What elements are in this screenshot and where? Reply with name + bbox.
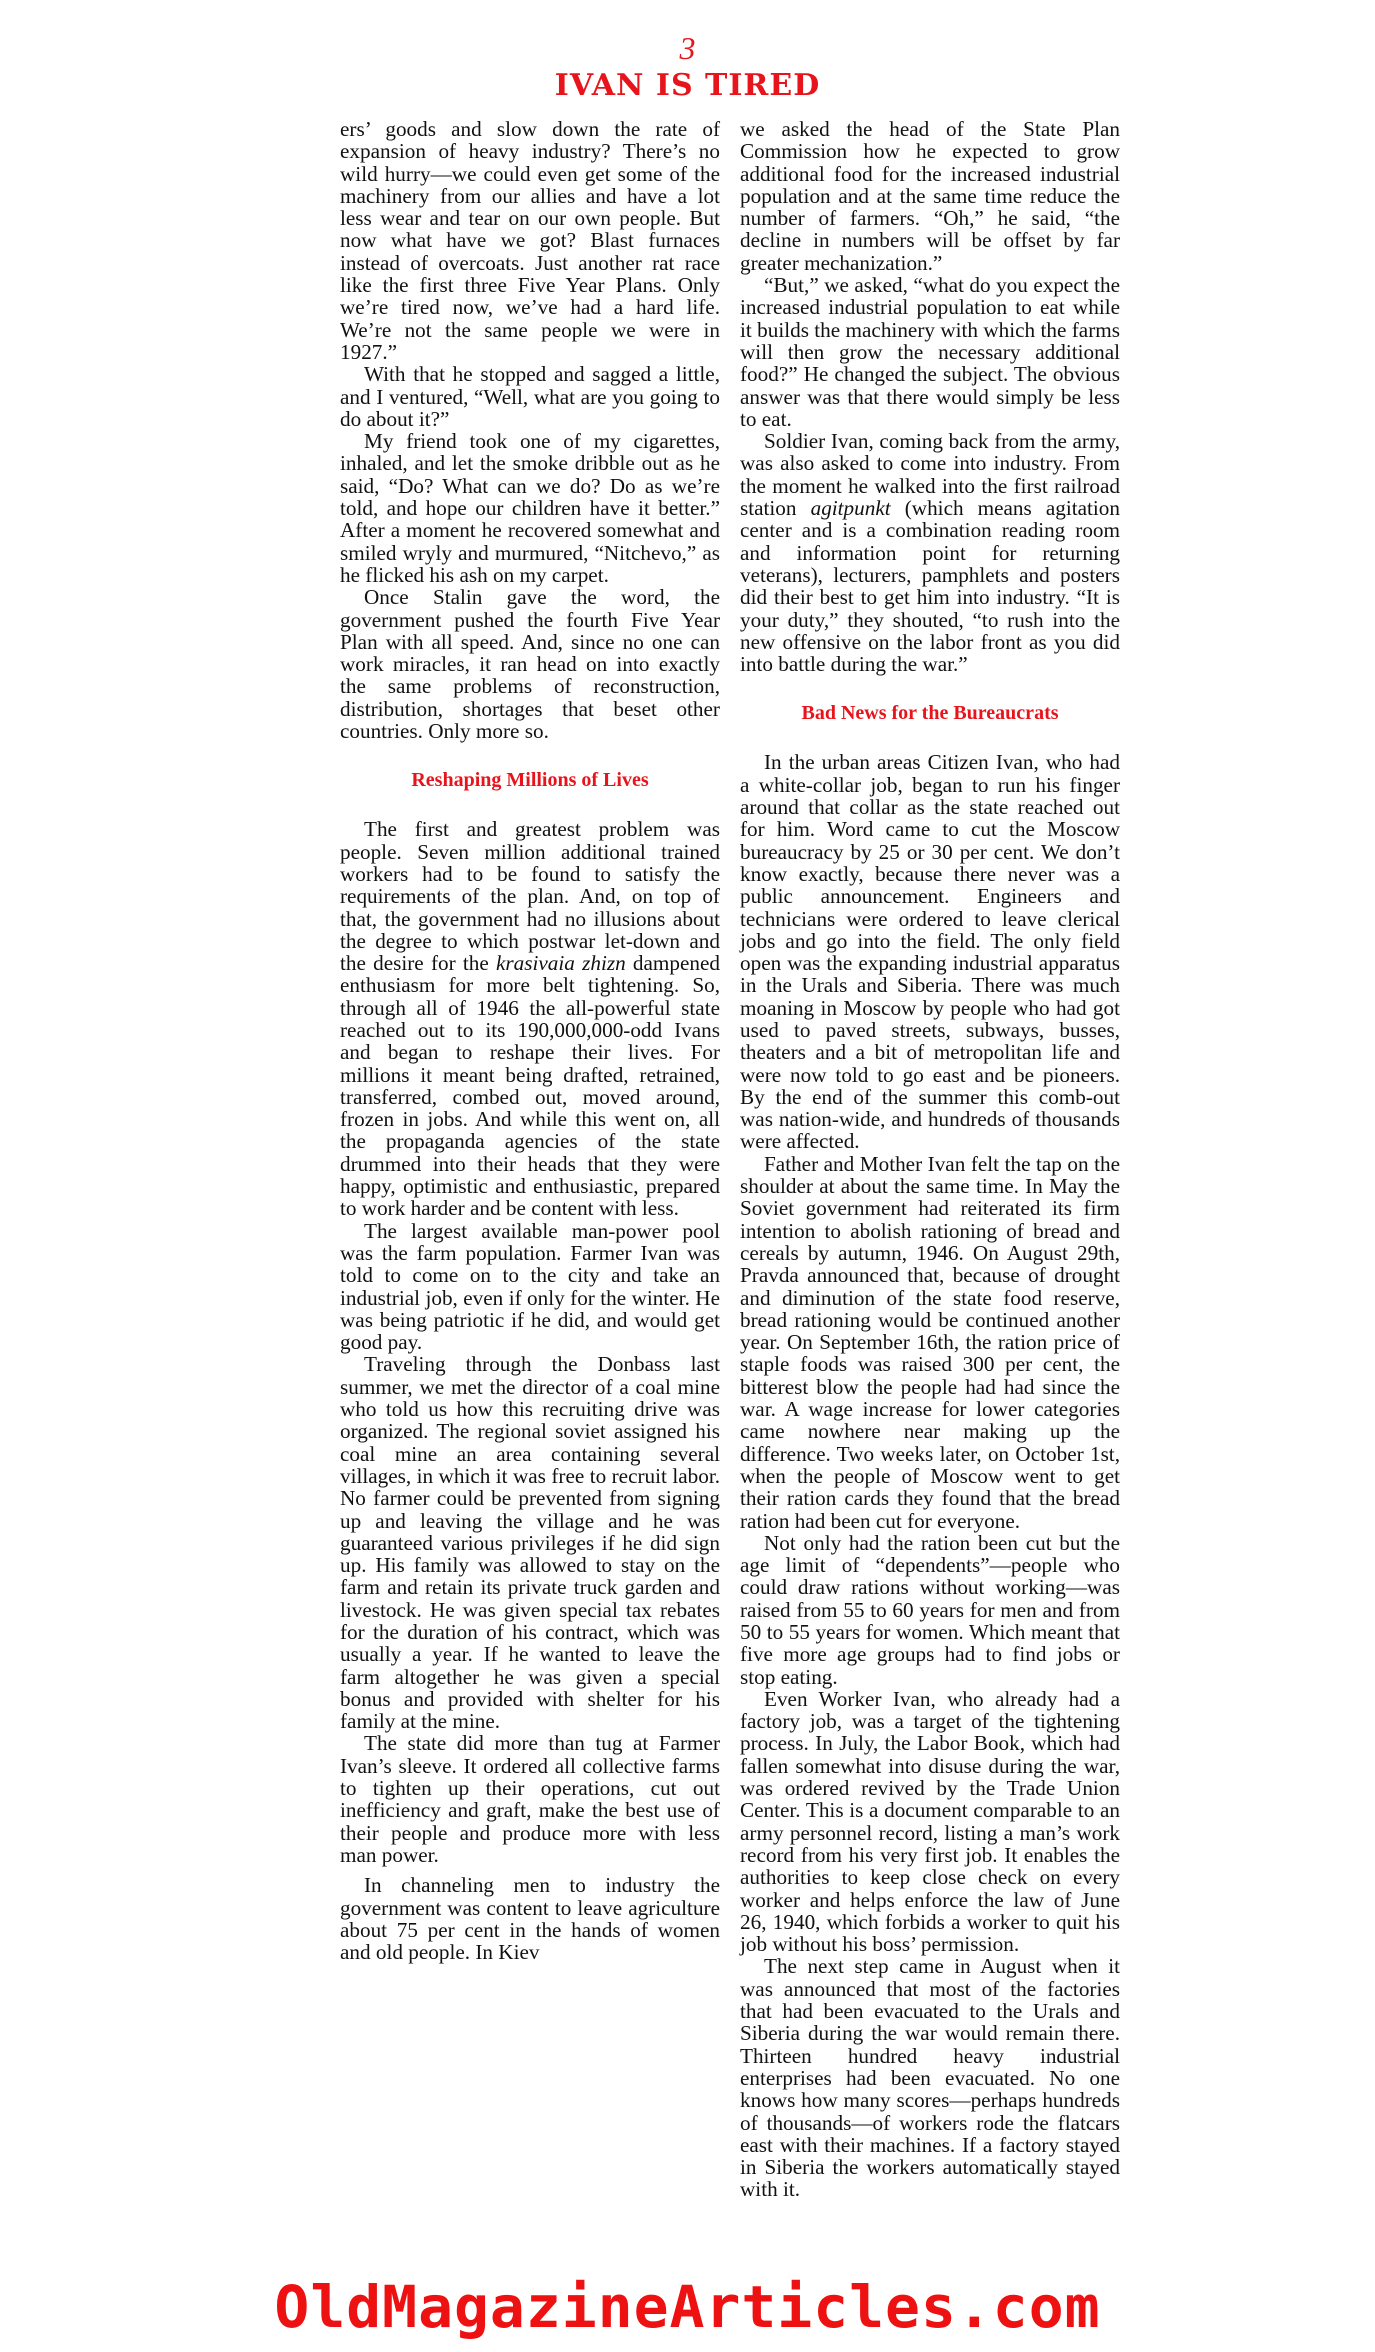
paragraph: My friend took one of my cigarettes, inh… [340, 430, 720, 586]
paragraph: With that he stopped and sagged a little… [340, 363, 720, 430]
paragraph: The state did more than tug at Farmer Iv… [340, 1732, 720, 1866]
paragraph: Father and Mother Ivan felt the tap on t… [740, 1153, 1120, 1532]
paragraph: we asked the head of the State Plan Comm… [740, 118, 1120, 274]
paragraph: The first and greatest problem was peopl… [340, 818, 720, 1219]
paragraph: In channeling men to industry the govern… [340, 1874, 720, 1963]
site-watermark: OldMagazineArticles.com [0, 2272, 1375, 2342]
subheading-reshaping-millions: Reshaping Millions of Lives [340, 768, 720, 792]
paragraph: In the urban areas Citizen Ivan, who had… [740, 751, 1120, 1152]
subheading-bad-news: Bad News for the Bureaucrats [740, 701, 1120, 725]
paragraph: ers’ goods and slow down the rate of exp… [340, 118, 720, 363]
paragraph: Soldier Ivan, coming back from the army,… [740, 430, 1120, 675]
page-number: 3 [0, 30, 1375, 66]
paragraph: Not only had the ration been cut but the… [740, 1532, 1120, 1688]
spacer [340, 742, 720, 768]
italic-term: agitpunkt [811, 496, 891, 520]
spacer [740, 675, 1120, 701]
paragraph: Traveling through the Donbass last summe… [340, 1353, 720, 1732]
spacer [740, 725, 1120, 751]
article-title: IVAN IS TIRED [0, 68, 1375, 104]
paragraph: “But,” we asked, “what do you expect the… [740, 274, 1120, 430]
right-column: we asked the head of the State Plan Comm… [740, 118, 1120, 2201]
paragraph: Even Worker Ivan, who already had a fact… [740, 1688, 1120, 1956]
text-run: (which means agitation center and is a c… [740, 496, 1120, 676]
paragraph: Once Stalin gave the word, the governmen… [340, 586, 720, 742]
text-run: dampened enthusiasm for more belt tighte… [340, 951, 720, 1220]
paragraph: The next step came in August when it was… [740, 1955, 1120, 2200]
spacer [340, 792, 720, 818]
left-column: ers’ goods and slow down the rate of exp… [340, 118, 720, 1963]
italic-term: krasivaia zhizn [496, 951, 626, 975]
paragraph: The largest available man-power pool was… [340, 1220, 720, 1354]
